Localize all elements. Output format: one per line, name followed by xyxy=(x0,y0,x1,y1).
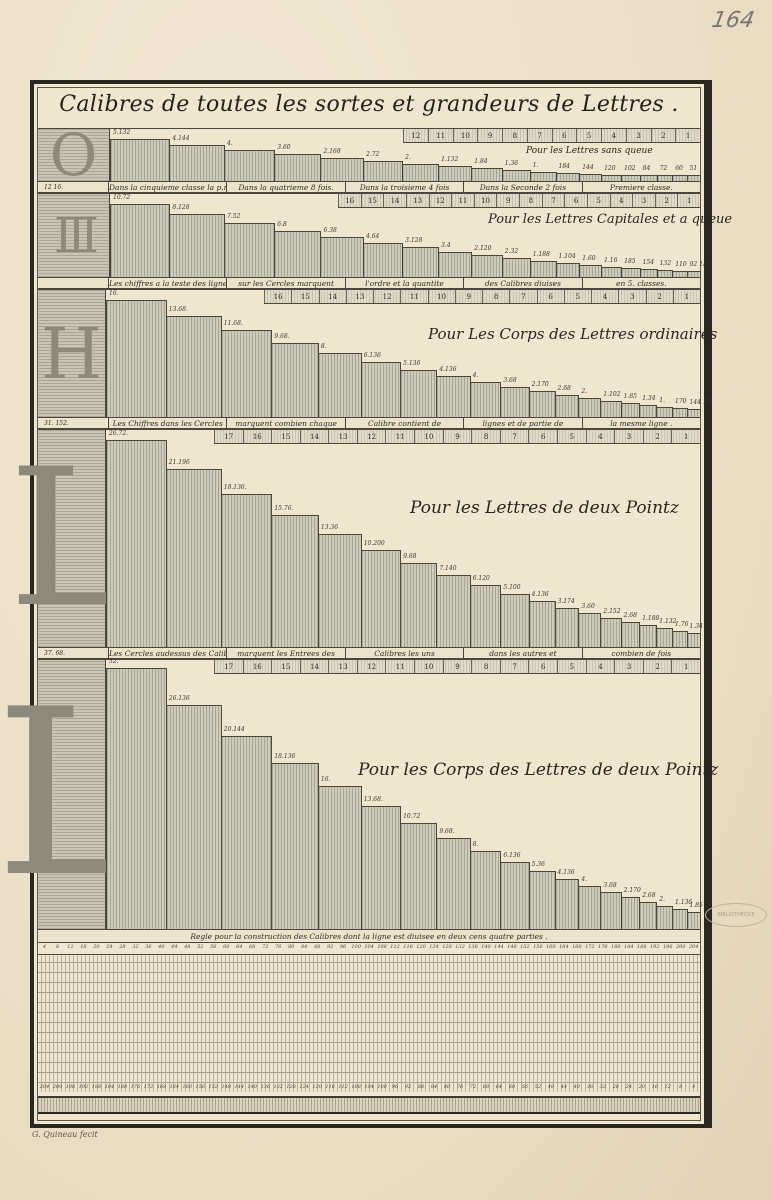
scale-number: 192 xyxy=(77,1084,90,1094)
calibre-bar: 2.120 xyxy=(471,255,502,277)
caption-cell: Les Cercles audessus des Calibres xyxy=(108,648,226,658)
calibre-bar: 13.36 xyxy=(318,534,362,647)
scale-number: 124 xyxy=(428,944,441,954)
scale-number: 168 xyxy=(155,1084,168,1094)
caption-cell: sur les Cercles marquent xyxy=(226,278,344,288)
calibre-value-label: 10.72 xyxy=(403,813,420,820)
scale-number: 184 xyxy=(103,1084,116,1094)
scale-number: 72 xyxy=(259,944,272,954)
section-sans-queue: 123456789101112 O 5.1324.1444.3.602.1682… xyxy=(38,128,700,193)
section-title: Pour les Lettres de deux Pointz xyxy=(410,498,679,518)
calibre-value-label: 1. xyxy=(533,162,539,169)
calibre-value-label: 18.136. xyxy=(224,484,247,491)
calibre-bar: 1. xyxy=(530,172,557,181)
calibre-value-label: 5.36 xyxy=(532,861,545,868)
calibre-value-label: 1. xyxy=(659,397,665,404)
scale-number: 92 xyxy=(402,1084,415,1094)
calibre-value-label: 2.68 xyxy=(642,892,655,899)
calibre-bar: 1.136 xyxy=(672,909,687,929)
caption-cell: dans les autres et xyxy=(463,648,581,658)
letter-l-specimen: L xyxy=(38,430,106,647)
calibre-value-label: 184 xyxy=(559,163,570,170)
calibre-bar: 15.76. xyxy=(271,515,319,647)
calibre-bar: 4. xyxy=(470,382,502,417)
caption-row: 37. 68.Les Cercles audessus des Calibres… xyxy=(38,647,700,659)
calibre-value-label: 6.120 xyxy=(473,575,490,582)
scale-number: 24 xyxy=(622,1084,635,1094)
calibre-bar: 2.168 xyxy=(320,158,364,181)
scale-number: 80 xyxy=(285,944,298,954)
scale-number: 204 xyxy=(687,944,700,954)
calibre-value-label: 3.128 xyxy=(405,237,422,244)
construction-grid xyxy=(38,954,700,1092)
calibre-bar: 1.104 xyxy=(556,263,581,277)
calibre-value-label: 15.76. xyxy=(274,505,293,512)
scale-number: 76 xyxy=(272,944,285,954)
calibre-bar: 13.68. xyxy=(166,316,222,417)
scale-number: 152 xyxy=(207,1084,220,1094)
scale-number: 24 xyxy=(103,944,116,954)
calibre-bar: 1.84 xyxy=(471,168,502,181)
calibre-value-label: 1.60 xyxy=(582,255,595,262)
scale-number: 172 xyxy=(583,944,596,954)
calibre-value-label: 3.60 xyxy=(581,603,594,610)
calibre-value-label: 6.136 xyxy=(503,852,520,859)
scale-number: 32 xyxy=(596,1084,609,1094)
calibre-value-label: 51 xyxy=(690,165,698,172)
row-numbers: 37. 68. xyxy=(38,648,108,658)
calibre-value-label: 2.68 xyxy=(558,385,571,392)
scale-number: 164 xyxy=(557,944,570,954)
calibre-value-label: 9.68. xyxy=(439,828,454,835)
calibre-bar: 26.72. xyxy=(106,440,167,647)
calibre-value-label: 2.72 xyxy=(366,151,379,158)
calibre-value-label: 6.136 xyxy=(364,352,381,359)
scale-number: 68 xyxy=(246,944,259,954)
caption-cell: des Calibres diuises xyxy=(463,278,581,288)
calibre-bar: 3.128 xyxy=(402,247,439,277)
calibre-bar: 144 1/8 xyxy=(687,409,701,417)
calibre-value-label: 9.68 xyxy=(403,553,416,560)
calibre-value-label: 132 xyxy=(660,260,671,267)
calibre-bar: 32. xyxy=(106,668,167,929)
calibre-bar: 3.60 xyxy=(274,154,321,181)
scale-number: 48 xyxy=(544,1084,557,1094)
scale-number: 176 xyxy=(596,944,609,954)
engraver-signature: G. Quineau fecit xyxy=(32,1130,98,1139)
calibre-value-label: 26.136 xyxy=(169,695,190,702)
scale-number: 172 xyxy=(142,1084,155,1094)
calibre-bar: 2.68 xyxy=(621,622,641,647)
calibre-value-label: 170 xyxy=(675,398,686,405)
calibre-value-label: 4. xyxy=(581,876,587,883)
calibre-bar: 8.128 xyxy=(169,214,225,277)
scale-number: 68 xyxy=(479,1084,492,1094)
calibre-bar: 154 xyxy=(640,269,658,277)
scale-number: 64 xyxy=(233,944,246,954)
caption-cell: Les Chiffres dans les Cercles xyxy=(108,418,226,428)
scale-number: 176 xyxy=(129,1084,142,1094)
calibre-value-label: 1.102 xyxy=(603,391,620,398)
scale-number: 88 xyxy=(311,944,324,954)
calibre-value-label: 2.170 xyxy=(532,381,549,388)
calibre-bar: 16. xyxy=(318,786,362,929)
caption-cell: Calibre contient de xyxy=(345,418,463,428)
caption-cell: Les chiffres a la teste des lignes qui t… xyxy=(108,278,226,288)
rule-title: Regle pour la construction des Calibres … xyxy=(38,929,700,943)
scale-number: 108 xyxy=(350,1084,363,1094)
calibre-bar: 1.132 xyxy=(438,166,472,181)
scale-number: 184 xyxy=(622,944,635,954)
scale-number: 84 xyxy=(428,1084,441,1094)
calibre-value-label: 3.174 xyxy=(558,598,575,605)
scale-number: 28 xyxy=(609,1084,622,1094)
scale-number: 20 xyxy=(635,1084,648,1094)
calibre-bar: 1.36 xyxy=(502,170,531,181)
caption-cell: marquent les Entrees des xyxy=(226,648,344,658)
calibre-value-label: 1.36 xyxy=(505,160,518,167)
calibre-bars: 32.26.13620.14418.13616.13.68.10.729.68.… xyxy=(106,668,700,929)
section-capitales: 12345678910111213141516 III 10.728.1287.… xyxy=(38,193,700,289)
calibre-value-label: 10.72 xyxy=(113,194,130,201)
scale-number: 8 xyxy=(51,944,64,954)
calibre-bar: 2.68 xyxy=(639,902,657,929)
frame-edge xyxy=(708,80,712,1128)
section-corps-ordinaires: 12345678910111213141516 H 16.13.68.11.68… xyxy=(38,289,700,429)
calibre-value-label: 3.68 xyxy=(503,377,516,384)
calibre-value-label: 185 xyxy=(624,258,635,265)
calibre-bar: 10.72 xyxy=(400,823,437,929)
scale-number: 84 xyxy=(298,944,311,954)
calibre-value-label: 6.8 xyxy=(277,221,287,228)
calibre-value-label: 26.72. xyxy=(109,430,128,437)
calibre-bar: 3.68 xyxy=(500,387,529,417)
calibre-bar: 7.140 xyxy=(436,575,470,647)
calibre-value-label: 4.136 xyxy=(558,869,575,876)
calibre-bar: 10.200 xyxy=(361,550,401,647)
calibre-value-label: 84 xyxy=(643,165,651,172)
scale-number: 188 xyxy=(90,1084,103,1094)
calibre-bar: 9.68. xyxy=(271,343,319,417)
scale-number: 164 xyxy=(168,1084,181,1094)
scale-number: 112 xyxy=(337,1084,350,1094)
calibre-value-label: 2.32 xyxy=(505,248,518,255)
calibre-value-label: 2.170 xyxy=(624,887,641,894)
calibre-value-label: 2.152 xyxy=(603,608,620,615)
scale-number: 200 xyxy=(674,944,687,954)
calibre-bar: 2.72 xyxy=(363,161,403,181)
calibre-bar: 1.76 xyxy=(672,631,687,647)
calibre-value-label: 8. xyxy=(321,343,327,350)
calibre-value-label: 144 1/8 xyxy=(690,399,713,406)
calibre-value-label: 4. xyxy=(473,372,479,379)
calibre-bar: 10.72 xyxy=(110,204,170,277)
caption-cell: Dans la cinquieme classe la p.re y entre… xyxy=(108,182,226,192)
calibre-bar: 2. xyxy=(578,398,601,417)
scale-number: 168 xyxy=(570,944,583,954)
section-title: Pour les Lettres sans queue xyxy=(526,146,653,156)
scale-number: 144 xyxy=(233,1084,246,1094)
scale-number: 136 xyxy=(259,1084,272,1094)
calibre-bar: 4. xyxy=(578,886,601,929)
calibre-value-label: 5.132 xyxy=(113,129,130,136)
scale-number: 144 xyxy=(492,944,505,954)
calibre-bar: 11.68. xyxy=(221,330,273,417)
scale-number: 116 xyxy=(402,944,415,954)
calibre-value-label: 1.34 xyxy=(642,395,655,402)
calibre-bar: 1.188 xyxy=(530,261,557,277)
calibre-value-label: 2.168 xyxy=(323,148,340,155)
letter-h-specimen: H xyxy=(38,290,106,417)
calibre-value-label: 5.136 xyxy=(403,360,420,367)
calibre-value-label: 144 xyxy=(582,164,593,171)
calibre-value-label: 1.132 xyxy=(441,156,458,163)
scale-number: 20 xyxy=(90,944,103,954)
calibre-bar: 4.136 xyxy=(529,601,556,647)
calibre-value-label: 2. xyxy=(659,896,665,903)
calibre-bar: 3.60 xyxy=(578,613,601,647)
scale-number: 12 xyxy=(64,944,77,954)
calibre-value-label: 92 1/2 xyxy=(690,261,709,268)
calibre-value-label: 13.68. xyxy=(169,306,188,313)
calibre-value-label: 32. xyxy=(109,658,119,665)
calibre-bar: 1.102 xyxy=(600,401,621,417)
calibre-bars: 16.13.68.11.68.9.68.8.6.1365.1364.1364.3… xyxy=(106,300,700,417)
calibre-bar: 6.136 xyxy=(361,362,401,417)
calibre-bar: 16. xyxy=(106,300,167,417)
scale-number: 180 xyxy=(116,1084,129,1094)
scale-number: 104 xyxy=(363,1084,376,1094)
calibre-bar: 6.120 xyxy=(470,585,502,647)
plate-title: Calibres de toutes les sortes et grandeu… xyxy=(34,92,704,117)
scale-number: 36 xyxy=(583,1084,596,1094)
scale-number: 100 xyxy=(376,1084,389,1094)
scale-number: 40 xyxy=(570,1084,583,1094)
scale-number: 16 xyxy=(77,944,90,954)
calibre-bar: 4.64 xyxy=(363,243,403,277)
section-title: Pour les Corps des Lettres de deux Point… xyxy=(358,760,718,780)
calibre-bar: 2.170 xyxy=(621,897,641,929)
letter-iii-specimen: III xyxy=(38,194,110,277)
caption-cell: Dans la troisieme 4 fois xyxy=(345,182,463,192)
row-numbers xyxy=(38,278,108,288)
calibre-value-label: 7.140 xyxy=(439,565,456,572)
scale-number: 196 xyxy=(661,944,674,954)
calibre-bar: 7.52 xyxy=(224,223,275,277)
calibre-value-label: 4.136 xyxy=(532,591,549,598)
calibre-value-label: 154 xyxy=(643,259,654,266)
calibre-value-label: 1.16 xyxy=(604,257,617,264)
calibre-bar: 1.16 xyxy=(601,267,622,277)
calibre-value-label: 120 xyxy=(604,165,615,172)
scale-number: 108 xyxy=(376,944,389,954)
caption-cell: Calibres les uns xyxy=(345,648,463,658)
section-corps-deux-points: 1234567891011121314151617 L 32.26.13620.… xyxy=(38,659,700,929)
calibre-value-label: 1.188 xyxy=(642,615,659,622)
calibre-value-label: 13.36 xyxy=(321,524,338,531)
scale-number: 60 xyxy=(505,1084,518,1094)
engraving-plate: Calibres de toutes les sortes et grandeu… xyxy=(30,80,708,1128)
scale-number: 28 xyxy=(116,944,129,954)
calibre-value-label: 10.200 xyxy=(364,540,385,547)
calibre-value-label: 18.136 xyxy=(274,753,295,760)
calibre-value-label: 1.104 xyxy=(559,253,576,260)
scale-number: 52 xyxy=(531,1084,544,1094)
calibre-bar: 4. xyxy=(224,150,275,181)
calibre-value-label: 7.52 xyxy=(227,213,240,220)
calibre-bar: 8. xyxy=(470,851,502,929)
scale-number: 124 xyxy=(298,1084,311,1094)
scale-number: 116 xyxy=(324,1084,337,1094)
row-numbers: 12 16. xyxy=(38,182,108,192)
caption-row: 12 16.Dans la cinquieme classe la p.re y… xyxy=(38,181,700,193)
calibre-bar: 1.85 xyxy=(687,912,701,929)
page-number: 164 xyxy=(710,8,756,33)
calibre-value-label: 8. xyxy=(473,841,479,848)
calibre-value-label: 2. xyxy=(405,154,411,161)
caption-cell: l'ordre et la quantite xyxy=(345,278,463,288)
calibre-value-label: 1.84 xyxy=(474,158,487,165)
calibre-value-label: 2.68 xyxy=(624,612,637,619)
calibre-bar: 170 xyxy=(672,408,687,417)
scale-number: 196 xyxy=(64,1084,77,1094)
calibre-bar: 2.170 xyxy=(529,391,556,417)
calibre-bar: 1.188 xyxy=(639,625,657,647)
scale-number: 76 xyxy=(454,1084,467,1094)
calibre-bar: 8. xyxy=(318,353,362,417)
scale-number: 4 xyxy=(38,944,51,954)
scale-number: 128 xyxy=(441,944,454,954)
scale-number: 104 xyxy=(363,944,376,954)
calibre-value-label: 9.68. xyxy=(274,333,289,340)
scale-number: 80 xyxy=(441,1084,454,1094)
scale-number: 96 xyxy=(337,944,350,954)
calibre-bar: 1.34 xyxy=(639,405,657,417)
calibre-bar: 5.132 xyxy=(110,139,170,181)
section-deux-points: 1234567891011121314151617 L 26.72.21.196… xyxy=(38,429,700,659)
caption-cell: Dans la Seconde 2 fois xyxy=(463,182,581,192)
calibre-value-label: 1.85 xyxy=(690,902,703,909)
scale-number: 148 xyxy=(220,1084,233,1094)
scale-number: 44 xyxy=(557,1084,570,1094)
calibre-bar: 3.4 xyxy=(438,252,472,277)
calibre-bar: 3.68 xyxy=(600,892,621,929)
calibre-value-label: 3.60 xyxy=(277,144,290,151)
calibre-bar: 2.32 xyxy=(502,258,531,277)
calibre-value-label: 13.68. xyxy=(364,796,383,803)
rule-graduation xyxy=(38,1096,700,1114)
calibre-value-label: 20.144 xyxy=(224,726,245,733)
calibre-bar: 21.196 xyxy=(166,469,222,647)
scale-number: 204 xyxy=(38,1084,51,1094)
scale-number: 180 xyxy=(609,944,622,954)
calibre-value-label: 2.120 xyxy=(474,245,491,252)
calibre-value-label: 16. xyxy=(109,290,119,297)
calibre-value-label: 1.34 xyxy=(690,623,703,630)
scale-number: 48 xyxy=(181,944,194,954)
scale-number: 140 xyxy=(246,1084,259,1094)
calibre-value-label: 5.100 xyxy=(503,584,520,591)
scale-number: 64 xyxy=(492,1084,505,1094)
scale-number: 96 xyxy=(389,1084,402,1094)
calibre-value-label: 1.188 xyxy=(533,251,550,258)
scale-number: 200 xyxy=(51,1084,64,1094)
calibre-bar: 2. xyxy=(656,906,673,929)
letter-l-body-specimen: L xyxy=(38,660,106,929)
scale-number: 188 xyxy=(635,944,648,954)
caption-cell: lignes et de partie de xyxy=(463,418,581,428)
caption-cell: en 5. classes. xyxy=(582,278,700,288)
caption-cell: Dans la quatrieme 8 fois. xyxy=(226,182,344,192)
scale-number: 56 xyxy=(207,944,220,954)
scale-number: 40 xyxy=(155,944,168,954)
caption-cell: la mesme ligne . xyxy=(582,418,700,428)
caption-cell: marquent combien chaque xyxy=(226,418,344,428)
row-numbers: 31. 152. xyxy=(38,418,108,428)
scale-number: 100 xyxy=(350,944,363,954)
calibre-value-label: 60 xyxy=(675,165,683,172)
scale-number: 160 xyxy=(544,944,557,954)
calibre-bar: 2.152 xyxy=(600,618,621,647)
calibre-bar: 1.132 xyxy=(656,628,673,647)
calibre-value-label: 8.128 xyxy=(172,204,189,211)
section-title: Pour Les Corps des Lettres ordinaires xyxy=(428,325,717,343)
scale-number: 112 xyxy=(389,944,402,954)
scale-number: 32 xyxy=(129,944,142,954)
scale-number: 136 xyxy=(466,944,479,954)
scale-number: 36 xyxy=(142,944,155,954)
scale-number: 156 xyxy=(194,1084,207,1094)
calibre-value-label: 4.136 xyxy=(439,366,456,373)
calibre-bar: 13.68. xyxy=(361,806,401,929)
scale-number: 160 xyxy=(181,1084,194,1094)
rule-top-scale: 4812162024283236404448525660646872768084… xyxy=(38,944,700,954)
scale-number: 16 xyxy=(648,1084,661,1094)
scale-number: 152 xyxy=(518,944,531,954)
calibre-bar: 1.85 xyxy=(621,403,641,417)
calibre-bar: 4.136 xyxy=(555,879,580,929)
scale-number: 120 xyxy=(415,944,428,954)
calibre-value-label: 6.38 xyxy=(323,227,336,234)
scale-number: 128 xyxy=(285,1084,298,1094)
calibre-bar: 9.68. xyxy=(436,838,470,929)
calibre-bar: 144 xyxy=(579,174,602,181)
calibre-bar: 6.136 xyxy=(500,862,529,929)
calibre-bar: 18.136. xyxy=(221,494,273,647)
calibre-value-label: 3.68 xyxy=(603,882,616,889)
calibre-bar: 1.34 xyxy=(687,633,701,647)
calibre-value-label: 21.196 xyxy=(169,459,190,466)
scale-number: 156 xyxy=(531,944,544,954)
scale-number: 12 xyxy=(661,1084,674,1094)
caption-row: 31. 152.Les Chiffres dans les Cerclesmar… xyxy=(38,417,700,429)
calibre-bars: 26.72.21.19618.136.15.76.13.3610.2009.68… xyxy=(106,440,700,647)
caption-cell: Premiere classe. xyxy=(582,182,700,192)
calibre-value-label: 11.68. xyxy=(224,320,243,327)
calibre-value-label: 2. xyxy=(581,388,587,395)
scale-number: 8 xyxy=(674,1084,687,1094)
scale-number: 52 xyxy=(194,944,207,954)
calibre-bar: 6.38 xyxy=(320,237,364,277)
calibre-value-label: 72 xyxy=(660,165,668,172)
calibre-value-label: 110 xyxy=(675,261,686,268)
calibre-value-label: 102 xyxy=(624,165,635,172)
calibre-bar: 185 xyxy=(621,268,640,277)
calibre-bar: 6.8 xyxy=(274,231,321,277)
scale-number: 4 xyxy=(687,1084,700,1094)
calibre-bar: 5.136 xyxy=(400,370,437,417)
caption-row: Les chiffres a la teste des lignes qui t… xyxy=(38,277,700,289)
